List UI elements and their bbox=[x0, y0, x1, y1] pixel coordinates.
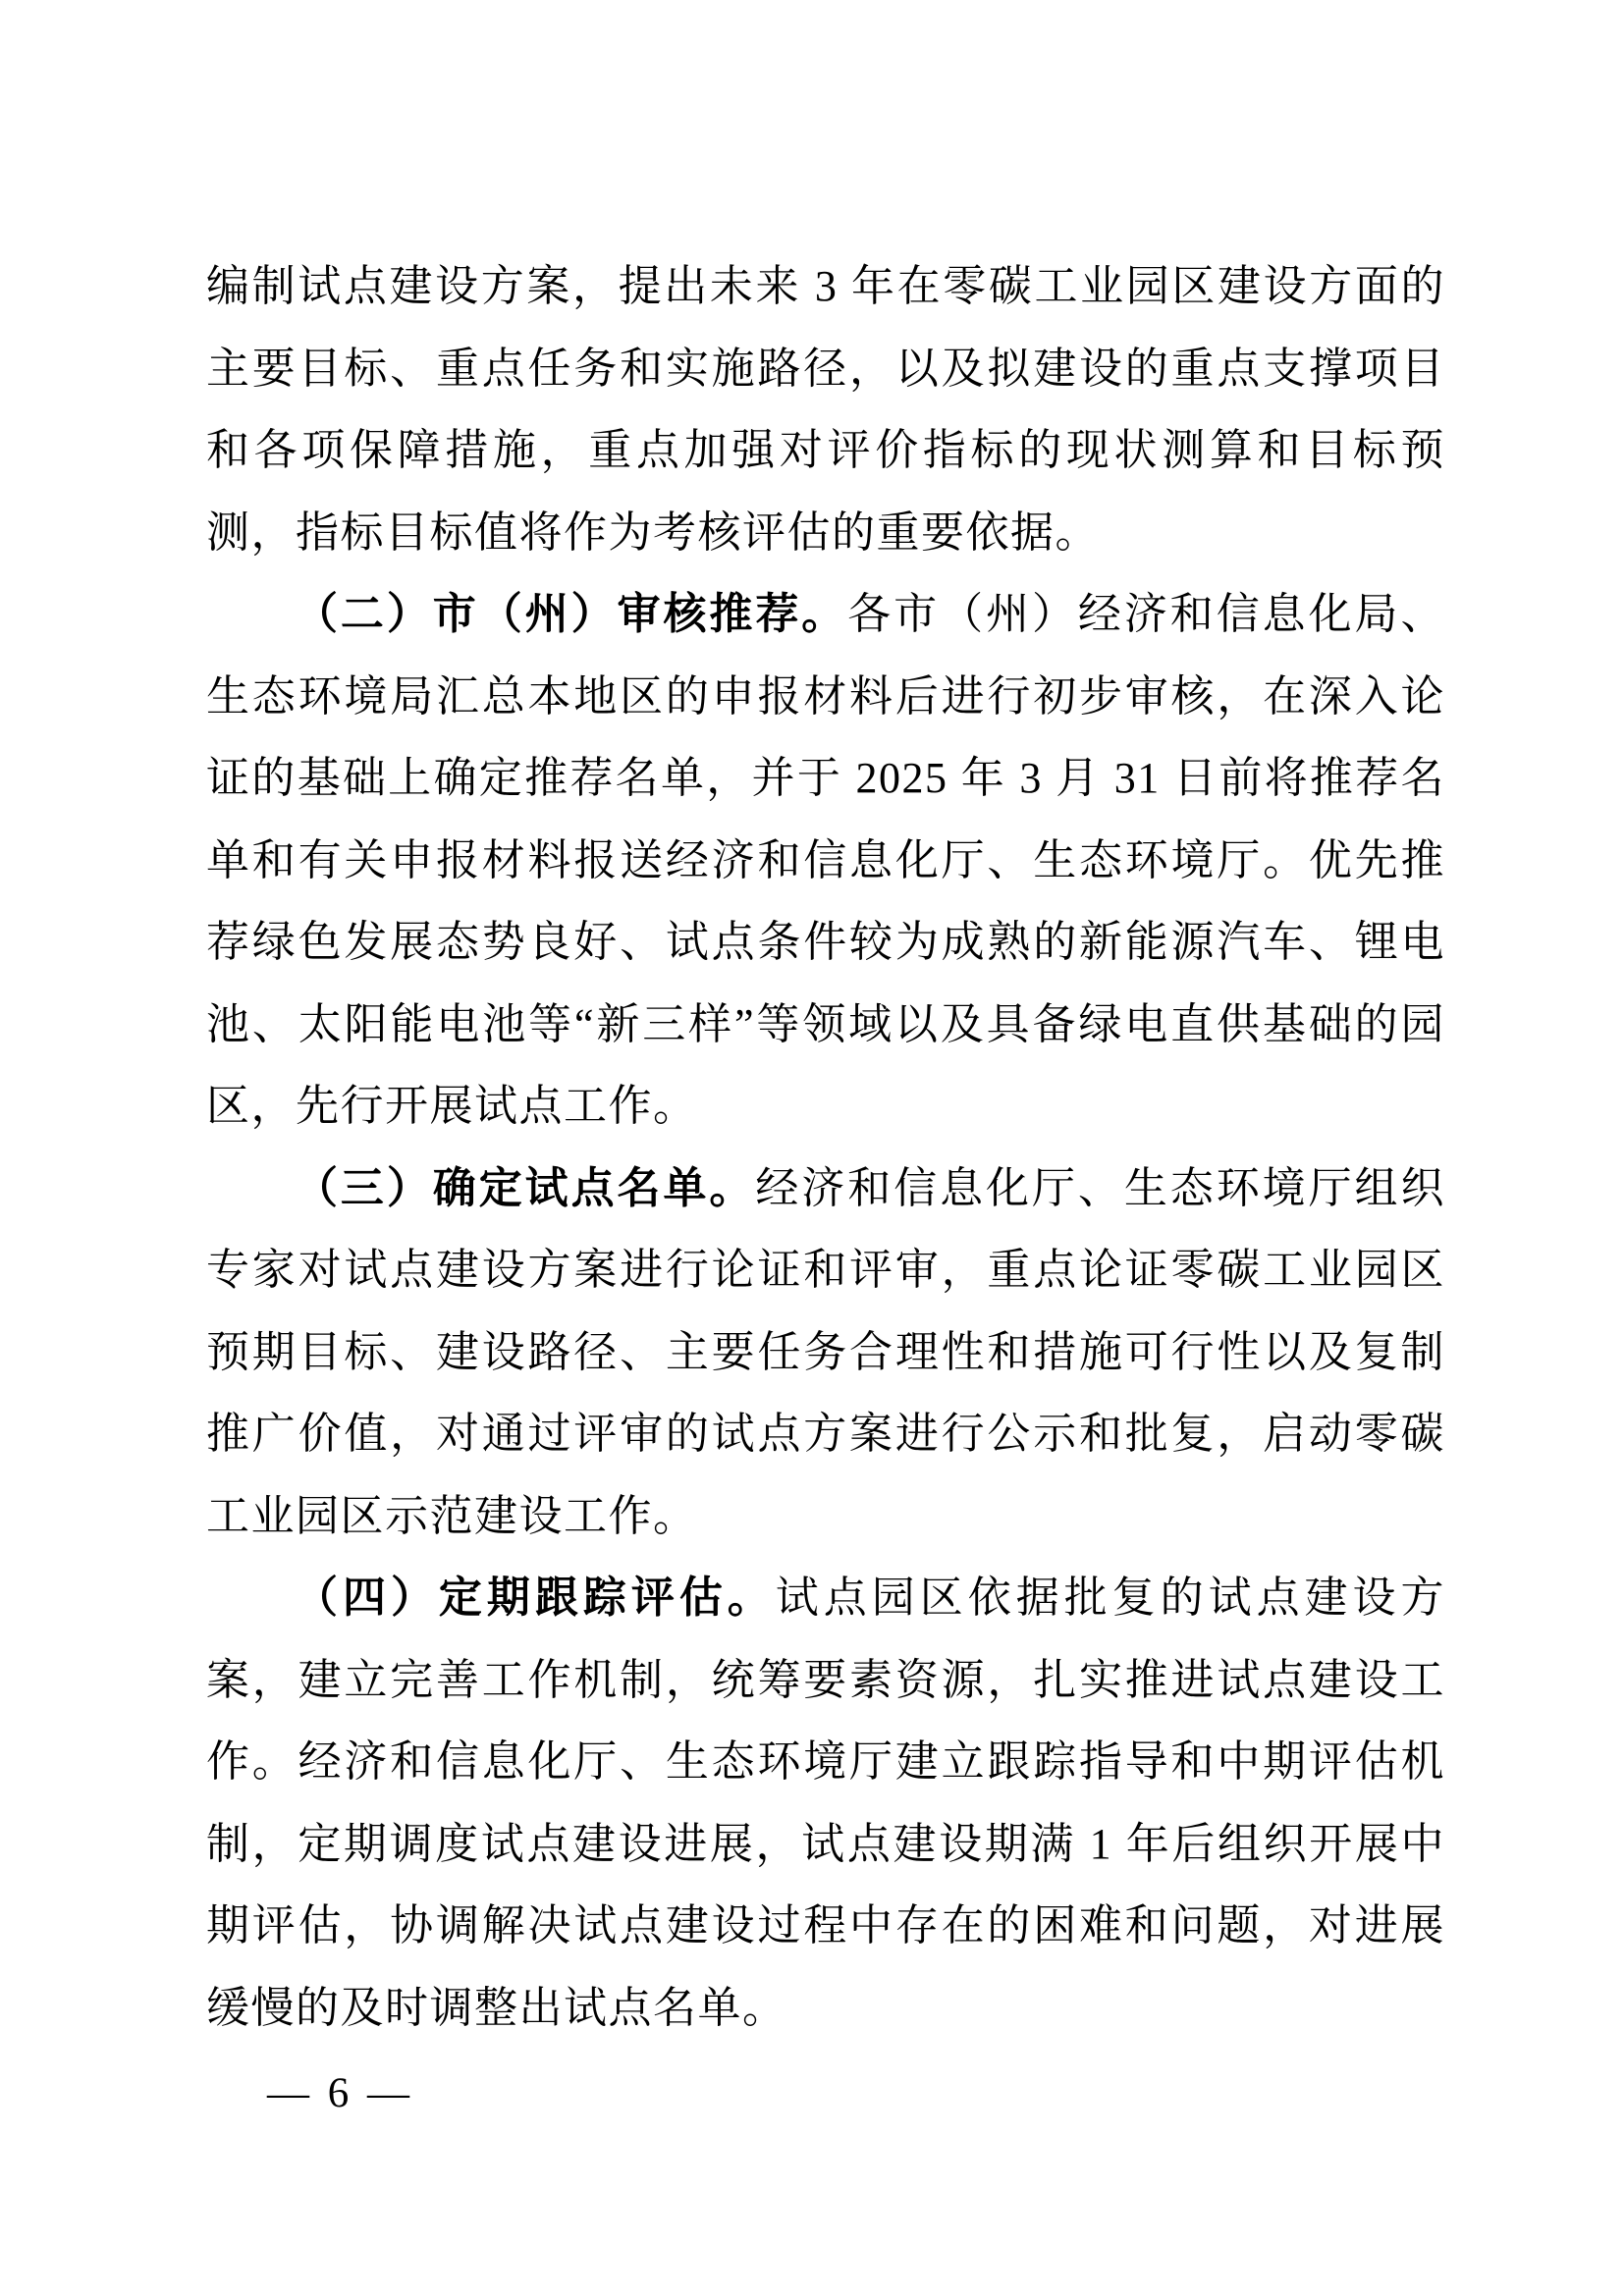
paragraph-text: 试点园区依据批复的试点建设方案，建立完善工作机制，统筹要素资源，扎实推进试点建设… bbox=[206, 1574, 1445, 2032]
paragraph: （二）市（州）审核推荐。各市（州）经济和信息化局、生态环境局汇总本地区的申报材料… bbox=[206, 573, 1445, 1148]
paragraph-text: 经济和信息化厅、生态环境厅组织专家对试点建设方案进行论证和评审，重点论证零碳工业… bbox=[206, 1164, 1445, 1540]
document-page: 编制试点建设方案，提出未来 3 年在零碳工业园区建设方面的主要目标、重点任务和实… bbox=[0, 0, 1624, 2296]
page-number: — 6 — bbox=[267, 2064, 413, 2123]
paragraph-lead: （二）市（州）审核推荐。 bbox=[295, 590, 847, 638]
paragraph: （四）定期跟踪评估。试点园区依据批复的试点建设方案，建立完善工作机制，统筹要素资… bbox=[206, 1557, 1445, 2049]
paragraph-text: 编制试点建设方案，提出未来 3 年在零碳工业园区建设方面的主要目标、重点任务和实… bbox=[206, 262, 1445, 557]
paragraph-lead: （四）定期跟踪评估。 bbox=[295, 1574, 776, 1622]
paragraph-lead: （三）确定试点名单。 bbox=[295, 1164, 755, 1212]
paragraph: 编制试点建设方案，提出未来 3 年在零碳工业园区建设方面的主要目标、重点任务和实… bbox=[206, 245, 1445, 573]
paragraph-text: 各市（州）经济和信息化局、生态环境局汇总本地区的申报材料后进行初步审核，在深入论… bbox=[206, 590, 1445, 1130]
paragraph: （三）确定试点名单。经济和信息化厅、生态环境厅组织专家对试点建设方案进行论证和评… bbox=[206, 1148, 1445, 1558]
document-body: 编制试点建设方案，提出未来 3 年在零碳工业园区建设方面的主要目标、重点任务和实… bbox=[206, 245, 1445, 2049]
